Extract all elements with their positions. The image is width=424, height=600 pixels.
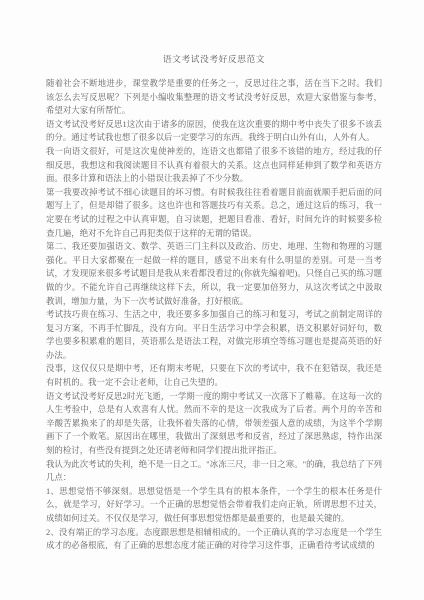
paragraph-essay1-skills: 考试技巧贵在练习、生活之中，我还要多多加强自己的练习和复习，考试之前制定周详的复…: [46, 308, 382, 362]
document-body: 随着社会不断地进步，课堂教学是重要的任务之一，反思过往之事，活在当下之时。我们该…: [46, 77, 382, 553]
document-title: 语文考试没考好反思范文: [46, 53, 382, 66]
paragraph-essay2-summary: 我认为此次考试的失利，绝不是一日之工。"冰冻三尺，非一日之寒。"的确，我总结了下…: [46, 458, 382, 485]
paragraph-essay1-close: 没事，这仅仅只是期中考，还有期末考呢，只要在下次的考试中，我不在犯错误，我还是有…: [46, 362, 382, 389]
paragraph-essay1-body: 我一向语文很好，可是这次鬼使神差的，连语文也都错了很多不该错的地方，经过我的仔细…: [46, 145, 382, 186]
paragraph-essay1-open: 语文考试没考好反思1这次由于诸多的原因，使我在这次重要的期中考中丧失了很多不该丢…: [46, 118, 382, 145]
paragraph-essay1-point1: 第一我要改掉考试不细心读题目的坏习惯。有时候我往往看着题目前面就顺手把后面的问题…: [46, 186, 382, 240]
paragraph-essay2-item2: 2、没有端正的学习态度。态度跟思想是相辅相成的。一个正确认真的学习态度是一个学生…: [46, 526, 382, 553]
paragraph-intro: 随着社会不断地进步，课堂教学是重要的任务之一，反思过往之事，活在当下之时。我们该…: [46, 77, 382, 118]
document-page: 语文考试没考好反思范文 随着社会不断地进步，课堂教学是重要的任务之一，反思过往之…: [0, 0, 424, 600]
paragraph-essay2-item1: 1、思想觉悟不够深刻。思想觉悟是一个学生具有的根本条件，一个学生的根本任务是什么…: [46, 485, 382, 526]
paragraph-essay1-point2: 第二、我还要加强语文、数学、英语三门主科以及政治、历史、地理、生物和物理的习题强…: [46, 240, 382, 308]
paragraph-essay2-open: 语文考试没考好反思2时光飞逝，一学期一度的期中考试又一次落下了帷幕。在这每一次的…: [46, 390, 382, 458]
